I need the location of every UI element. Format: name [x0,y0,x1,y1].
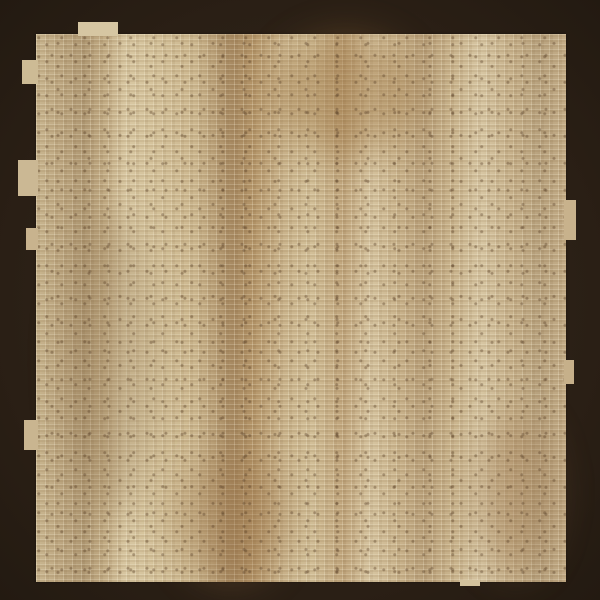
papyrus-sheet [36,34,566,582]
frayed-edge [26,228,38,250]
frayed-edge [460,580,480,586]
frayed-edge [564,360,574,384]
frayed-edge [22,60,38,84]
frayed-edge [24,420,38,450]
frayed-edge [18,160,38,196]
frayed-edge [564,200,576,240]
frayed-edge [78,22,118,36]
fiber-speckles [36,34,566,582]
